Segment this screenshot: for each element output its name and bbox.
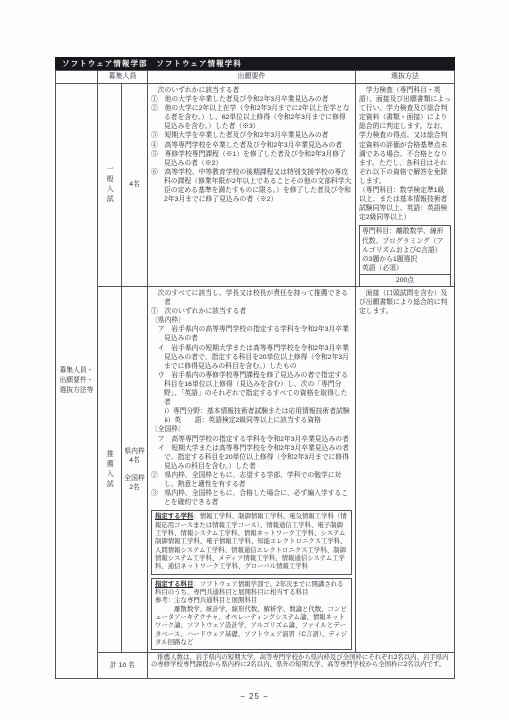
selection-general: 学力検査（専門科目・英語）、面接及び出願書類によって行い、学力検査及び総合判定資…	[356, 84, 454, 286]
capacity-total: 計 10 名	[98, 653, 148, 678]
list-item: ② 他の大学に2年以上在学（令和2年3月までに2年以上在学となる者を含む。）し、…	[151, 104, 352, 131]
list-item: 次のいずれかに該当する者	[151, 86, 352, 95]
selection-recommend: 面接（口頭試問を含む）及び出願書類により総合的に判定します。	[356, 287, 454, 652]
designated-subject-box: 指定する科目：ソフトウェア情報学部で、2年次までに開講される科目のうち、専門共通…	[151, 578, 352, 651]
list-item: ③ 県内枠、全国枠ともに、合格した場合に、必ず編入学することを確約できる者	[151, 489, 352, 507]
list-item: ⑥ 高等学校、中等教育学校の後期課程又は特別支援学校の専攻科の課程（修業年限が2…	[151, 168, 352, 204]
table-header-row: 募集人員 出願要件 選抜方法	[56, 71, 454, 84]
exam-type-recommend-cell: 推薦入試	[98, 287, 122, 652]
list-item: ① 次のいずれかに該当する者	[151, 307, 352, 316]
capacity-recommend: 県内枠 4名 全国枠 2名	[122, 287, 148, 652]
list-item: ウ 岩手県内の専修学校専門課程を修了見込みの者で指定する科目を16単位以上修得（…	[151, 371, 352, 407]
section-title-bar: ソフトウェア情報学部 ソフトウェア情報学科	[55, 57, 455, 70]
admissions-table: 募集人員 出願要件 選抜方法 募集人員・ 出願要件・ 選抜方法等 一般入試 4名…	[55, 70, 455, 679]
requirements-recommend: 次のすべてに該当し、学長又は校長が責任を持って推薦できる者① 次のいずれかに該当…	[148, 287, 356, 652]
document-page: ソフトウェア情報学部 ソフトウェア情報学科 募集人員 出願要件 選抜方法 募集人…	[0, 0, 509, 720]
table-row-total: 計 10 名 推薦人数は、岩手県内の短期大学、高等専門学校から県内枠及び全国枠に…	[98, 653, 454, 678]
header-requirements: 出願要件	[148, 71, 356, 83]
list-item: ③ 短期大学を卒業した者及び令和2年3月卒業見込みの者	[151, 131, 352, 140]
designated-subject-text: ：ソフトウェア情報学部で、2年次までに開講される科目のうち、専門共通科目と展開科…	[155, 581, 347, 646]
list-item: ① 他の大学を卒業した者及び令和2年3月卒業見込みの者	[151, 95, 352, 104]
score-points: 200点	[360, 274, 450, 286]
total-note: 推薦人数は、岩手県内の短期大学、高等専門学校から県内枠及び全国枠にそれぞれ2名以…	[148, 653, 454, 678]
selection-recommend-text: 面接（口頭試問を含む）及び出願書類により総合的に判定します。	[359, 289, 451, 316]
list-item: ④ 高等専門学校を卒業した者及び令和2年3月卒業見込みの者	[151, 141, 352, 150]
row-group-label: 募集人員・ 出願要件・ 選抜方法等	[56, 84, 98, 678]
requirements-recommend-list: 次のすべてに該当し、学長又は校長が責任を持って推薦できる者① 次のいずれかに該当…	[151, 289, 352, 507]
list-item: ア 高等専門学校の指定する学科を令和2年3月卒業見込みの者	[151, 435, 352, 444]
list-item: i）専門分野：基本情報技術者試験または応用情報技術者試験	[151, 407, 352, 416]
score-subjects: 専門科目：離散数学、線形代数、プログラミング（アルゴリズムおよびC言語）の3題か…	[360, 226, 450, 273]
header-empty-cell	[56, 71, 98, 83]
designated-department-box: 指定する学科：情報工学科、制御情報工学科、電気情報工学科（情報応用コースまたは情…	[151, 510, 352, 574]
header-recruit: 募集人員	[98, 71, 148, 83]
list-item: ② 県内枠、全国枠ともに、志望する学部、学科での勉学に対し、熱意と適性を有する者	[151, 471, 352, 489]
exam-type-recommend-label: 推薦入試	[105, 450, 114, 490]
list-item: イ 岩手県内の短期大学または高等専門学校を令和2年3月卒業見込みの者で、指定する…	[151, 344, 352, 371]
exam-type-general-cell: 一般入試	[98, 84, 122, 286]
capacity-general: 4名	[122, 84, 148, 286]
table-body-right: 一般入試 4名 次のいずれかに該当する者① 他の大学を卒業した者及び令和2年3月…	[98, 84, 454, 678]
selection-general-text: 学力検査（専門科目・英語）、面接及び出願書類によって行い、学力検査及び総合判定資…	[359, 86, 451, 222]
list-item: 〔全国枠〕	[151, 425, 352, 434]
table-body: 募集人員・ 出願要件・ 選抜方法等 一般入試 4名 次のいずれかに該当する者① …	[56, 84, 454, 678]
list-item: ⑤ 専修学校専門課程（※1）を修了した者及び令和2年3月修了見込みの者（※2）	[151, 150, 352, 168]
score-table: 専門科目：離散数学、線形代数、プログラミング（アルゴリズムおよびC言語）の3題か…	[359, 225, 451, 286]
designated-department-label: 指定する学科	[155, 513, 193, 520]
list-item: 〔県内枠〕	[151, 316, 352, 325]
list-item: ii）英 語：英語検定2級同等以上に該当する資格	[151, 416, 352, 425]
requirements-general: 次のいずれかに該当する者① 他の大学を卒業した者及び令和2年3月卒業見込みの者②…	[148, 84, 356, 286]
exam-type-general-label: 一般入試	[105, 165, 114, 205]
page-number: − 25 −	[0, 692, 509, 701]
header-selection: 選抜方法	[356, 71, 454, 83]
list-item: イ 短期大学または高等専門学校を令和2年3月卒業見込みの者で、指定する科目を20…	[151, 444, 352, 471]
designated-department-text: ：情報工学科、制御情報工学科、電気情報工学科（情報応用コースまたは情報工学コース…	[155, 513, 347, 570]
list-item: 次のすべてに該当し、学長又は校長が責任を持って推薦できる者	[151, 289, 352, 307]
designated-subject-label: 指定する科目	[155, 581, 193, 588]
table-row-general: 一般入試 4名 次のいずれかに該当する者① 他の大学を卒業した者及び令和2年3月…	[98, 84, 454, 287]
table-row-recommend: 推薦入試 県内枠 4名 全国枠 2名 次のすべてに該当し、学長又は校長が責任を持…	[98, 287, 454, 653]
list-item: ア 岩手県内の高等専門学校の指定する学科を令和2年3月卒業見込みの者	[151, 325, 352, 343]
